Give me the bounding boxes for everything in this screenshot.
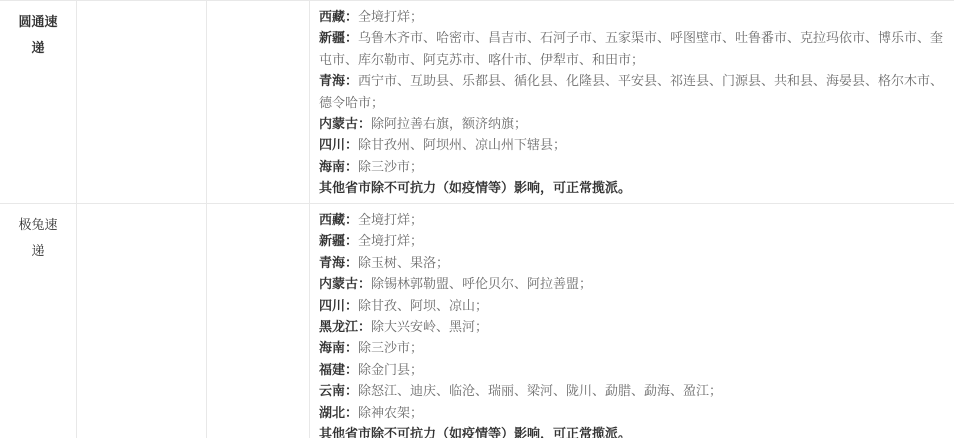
province-name: 四川： — [319, 298, 358, 313]
region-text: 全境打烊； — [358, 9, 423, 24]
province-name: 海南： — [319, 340, 358, 355]
region-line: 湖北：除神农架； — [319, 402, 945, 423]
region-line: 西藏：全境打烊； — [319, 6, 945, 27]
region-line: 海南：除三沙市； — [319, 156, 945, 177]
region-line: 四川：除甘孜州、阿坝州、凉山州下辖县； — [319, 134, 945, 155]
table-row-jt: 极兔速递 西藏：全境打烊； 新疆：全境打烊； 青海：除玉树、果洛； 内蒙古：除锡… — [0, 204, 954, 438]
province-name: 内蒙古： — [319, 116, 371, 131]
empty-cell — [77, 204, 207, 438]
province-name: 内蒙古： — [319, 276, 371, 291]
province-name: 福建： — [319, 362, 358, 377]
province-name: 海南： — [319, 159, 358, 174]
empty-cell — [207, 204, 310, 438]
region-line: 新疆：全境打烊； — [319, 230, 945, 251]
service-detail-cell: 西藏：全境打烊； 新疆：全境打烊； 青海：除玉树、果洛； 内蒙古：除锡林郭勒盟、… — [310, 204, 954, 438]
region-text: 除金门县； — [358, 362, 423, 377]
other-provinces-note: 其他省市除不可抗力（如疫情等）影响，可正常揽派。 — [319, 423, 945, 438]
region-text: 乌鲁木齐市、哈密市、昌吉市、石河子市、五家渠市、呼图壁市、吐鲁番市、克拉玛依市、… — [319, 30, 943, 66]
region-line: 云南：除怒江、迪庆、临沧、瑞丽、梁河、陇川、勐腊、勐海、盈江； — [319, 380, 945, 401]
province-name: 黑龙江： — [319, 319, 371, 334]
region-text: 除锡林郭勒盟、呼伦贝尔、阿拉善盟； — [371, 276, 592, 291]
region-line: 海南：除三沙市； — [319, 337, 945, 358]
other-provinces-note: 其他省市除不可抗力（如疫情等）影响，可正常揽派。 — [319, 177, 945, 198]
region-line: 四川：除甘孜、阿坝、凉山； — [319, 295, 945, 316]
courier-name-jt: 极兔速递 — [0, 204, 77, 438]
province-name: 西藏： — [319, 9, 358, 24]
province-name: 西藏： — [319, 212, 358, 227]
region-line: 内蒙古：除锡林郭勒盟、呼伦贝尔、阿拉善盟； — [319, 273, 945, 294]
region-text: 除甘孜、阿坝、凉山； — [358, 298, 488, 313]
province-name: 云南： — [319, 383, 358, 398]
region-line: 内蒙古：除阿拉善右旗，额济纳旗； — [319, 113, 945, 134]
region-text: 除玉树、果洛； — [358, 255, 449, 270]
region-text: 除神农架； — [358, 405, 423, 420]
province-name: 湖北： — [319, 405, 358, 420]
region-text: 除甘孜州、阿坝州、凉山州下辖县； — [358, 137, 566, 152]
province-name: 新疆： — [319, 30, 358, 45]
empty-cell — [207, 1, 310, 203]
region-text: 除三沙市； — [358, 340, 423, 355]
province-name: 新疆： — [319, 233, 358, 248]
region-line: 黑龙江：除大兴安岭、黑河； — [319, 316, 945, 337]
region-line: 新疆：乌鲁木齐市、哈密市、昌吉市、石河子市、五家渠市、呼图壁市、吐鲁番市、克拉玛… — [319, 27, 945, 70]
region-line: 青海：除玉树、果洛； — [319, 252, 945, 273]
empty-cell — [77, 1, 207, 203]
region-line: 青海：西宁市、互助县、乐都县、循化县、化隆县、平安县、祁连县、门源县、共和县、海… — [319, 70, 945, 113]
courier-name-yto: 圆通速递 — [0, 1, 77, 203]
region-line: 西藏：全境打烊； — [319, 209, 945, 230]
courier-service-table: 圆通速递 西藏：全境打烊； 新疆：乌鲁木齐市、哈密市、昌吉市、石河子市、五家渠市… — [0, 0, 954, 438]
region-text: 除阿拉善右旗，额济纳旗； — [371, 116, 527, 131]
region-text: 除三沙市； — [358, 159, 423, 174]
service-detail-cell: 西藏：全境打烊； 新疆：乌鲁木齐市、哈密市、昌吉市、石河子市、五家渠市、呼图壁市… — [310, 1, 954, 203]
region-text: 全境打烊； — [358, 233, 423, 248]
region-text: 除大兴安岭、黑河； — [371, 319, 488, 334]
region-text: 全境打烊； — [358, 212, 423, 227]
region-text: 西宁市、互助县、乐都县、循化县、化隆县、平安县、祁连县、门源县、共和县、海晏县、… — [319, 73, 943, 109]
table-row-yto: 圆通速递 西藏：全境打烊； 新疆：乌鲁木齐市、哈密市、昌吉市、石河子市、五家渠市… — [0, 1, 954, 204]
region-text: 除怒江、迪庆、临沧、瑞丽、梁河、陇川、勐腊、勐海、盈江； — [358, 383, 722, 398]
region-line: 福建：除金门县； — [319, 359, 945, 380]
province-name: 青海： — [319, 73, 358, 88]
province-name: 四川： — [319, 137, 358, 152]
province-name: 青海： — [319, 255, 358, 270]
